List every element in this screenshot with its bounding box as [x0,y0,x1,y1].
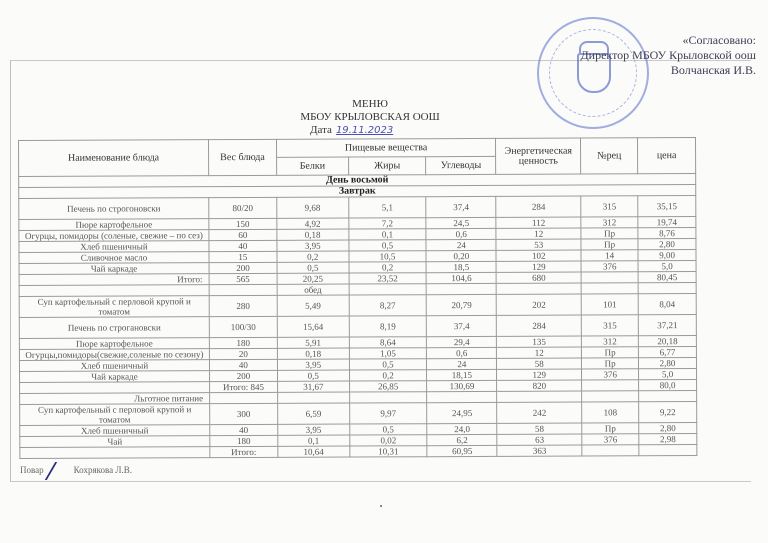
cell-carbs: 24,95 [427,402,497,423]
empty-cell [210,392,278,403]
cell-weight: 150 [209,218,277,229]
cell-recipe: 108 [582,402,639,423]
total-label: Итого: [19,274,209,286]
cell-carbs: 37,4 [426,196,496,217]
col-header-protein: Белки [276,157,348,175]
total-carbs: 60,95 [427,445,497,456]
col-header-nutrients: Пищевые вещества [276,138,496,157]
cell-carbs: 0,6 [426,228,496,239]
cell-weight: 180 [210,435,278,446]
dish-name: Суп картофельный с перловой крупой и том… [19,296,209,318]
col-header-price: цена [638,138,696,174]
total-energy: 363 [497,445,582,456]
cell-weight: 280 [209,295,277,316]
cell-price: 6,77 [639,347,697,358]
cell-recipe: 376 [582,434,639,445]
cell-energy: 284 [497,315,582,336]
cell-protein: 6,59 [278,403,350,424]
cell-protein: 3,95 [277,240,349,251]
total-protein: 20,25 [277,273,349,284]
total-energy: 680 [496,272,581,283]
col-header-carbs: Углеводы [426,156,496,174]
cell-recipe: Пр [581,228,638,239]
dish-name: Печень по строгоновски [19,198,209,220]
cell-protein: 0,18 [277,229,349,240]
cell-recipe: 14 [581,250,638,261]
cell-recipe: 315 [582,315,639,336]
total-recipe [582,445,639,456]
dish-name: Пюре картофельное [19,338,209,350]
dish-name: Хлеб пшеничный [19,241,209,253]
dish-name: Печень по строгановски [19,317,209,339]
dish-name: Огурцы, помидоры (соленые, свежие – по с… [19,230,209,242]
cell-fat: 0,5 [349,424,427,435]
dish-name: Хлеб пшеничный [19,360,209,372]
cell-price: 2,80 [639,358,697,369]
date-line: Дата19.11.2023 [270,124,470,137]
scan-artifact [380,505,382,507]
dish-name: Чай каркаде [20,371,210,383]
cell-weight: 80/20 [209,197,277,218]
total-fat: 10,31 [349,446,427,457]
cell-protein: 0,5 [277,370,349,381]
empty-cell [20,447,210,459]
cell-fat: 0,1 [349,229,427,240]
cell-price: 9,22 [639,402,697,423]
cell-recipe: Пр [582,423,639,434]
cell-recipe: Пр [582,347,639,358]
cell-price: 8,04 [638,294,696,315]
cell-fat: 7,2 [349,218,427,229]
total-price: 80,45 [638,272,696,283]
cell-fat: 0,2 [349,370,427,381]
cell-price: 35,15 [638,196,696,217]
cell-price: 37,21 [638,315,696,336]
empty-cell [349,392,427,403]
empty-cell [19,285,209,297]
menu-title: МЕНЮ [270,98,470,111]
total-price [639,445,697,456]
cell-protein: 0,1 [278,435,350,446]
cell-protein: 4,92 [277,218,349,229]
empty-cell [427,391,497,402]
cell-energy: 284 [496,196,581,217]
cell-recipe: 312 [582,336,639,347]
dish-name: Пюре картофельное [19,219,209,231]
cell-energy: 63 [497,434,582,445]
cell-price: 8,76 [638,228,696,239]
cook-name: Кохрякова Л.В. [74,465,132,475]
cell-energy: 242 [497,402,582,423]
cell-fat: 10,5 [349,251,427,262]
table-row: Печень по строгановски100/3015,648,1937,… [19,315,696,339]
cell-protein: 0,2 [277,251,349,262]
dish-name: Сливочное масло [19,252,209,264]
cell-fat: 0,5 [349,240,427,251]
school-name: МБОУ КРЫЛОВСКАЯ ООШ [270,111,470,124]
total-carbs: 104,6 [427,272,497,283]
discount-label: Льготное питание [20,393,210,405]
cell-energy: 58 [497,423,582,434]
col-header-recipe: №рец [581,138,638,174]
cell-carbs: 29,4 [427,336,497,347]
cell-carbs: 24 [427,358,497,369]
cell-carbs: 24 [426,239,496,250]
cell-protein: 0,18 [277,348,349,359]
total-weight: 565 [209,273,277,284]
table-row: Суп картофельный с перловой крупой и том… [19,294,696,318]
empty-cell [638,283,696,294]
cell-weight: 300 [210,403,278,424]
cell-protein: 9,68 [277,197,349,218]
approval-title: «Согласовано: [580,33,756,48]
dish-name: Суп картофельный с перловой крупой и том… [20,404,210,426]
date-label: Дата [310,124,332,136]
cell-weight: 200 [209,370,277,381]
col-header-weight: Вес блюда [208,139,276,175]
cell-energy: 102 [496,250,581,261]
cell-energy: 129 [496,261,581,272]
cell-weight: 100/30 [209,316,277,337]
cook-label: Повар [20,465,44,475]
cell-weight: 40 [209,359,277,370]
cell-fat: 8,19 [349,316,427,337]
cell-weight: 40 [209,240,277,251]
menu-table: Наименование блюда Вес блюда Пищевые вещ… [18,137,697,459]
total-protein: 10,64 [278,446,350,457]
cell-fat: 8,27 [349,295,427,316]
empty-cell [209,284,277,295]
cell-weight: 15 [209,251,277,262]
cell-fat: 0,5 [349,359,427,370]
cell-weight: 60 [209,229,277,240]
approval-position: Директор МБОУ Крыловской оош [580,48,756,63]
total-recipe [582,380,639,391]
cell-fat: 5,1 [348,197,426,218]
cell-carbs: 24,0 [427,423,497,434]
cell-carbs: 0,6 [427,347,497,358]
total-label: Итого: 845 [210,381,278,392]
cell-protein: 0,5 [277,262,349,273]
cell-energy: 53 [496,239,581,250]
cell-energy: 129 [497,369,582,380]
cell-recipe: Пр [582,358,639,369]
cell-carbs: 20,79 [427,294,497,315]
col-header-name: Наименование блюда [19,140,209,177]
signature-icon [44,462,72,480]
total-recipe [581,272,638,283]
total-row: Итого:10,6410,3160,95363 [20,445,697,459]
cell-energy: 12 [497,347,582,358]
total-label: Итого: [210,446,278,457]
cell-recipe: Пр [581,239,638,250]
total-energy: 820 [497,380,582,391]
cell-price: 20,18 [638,336,696,347]
total-protein: 31,67 [277,381,349,392]
cell-weight: 180 [209,337,277,348]
empty-cell [639,391,697,402]
cell-energy: 202 [496,294,581,315]
total-fat: 26,85 [349,381,427,392]
cell-carbs: 24,5 [426,217,496,228]
empty-cell [349,284,427,295]
col-header-fat: Жиры [348,157,426,175]
cell-carbs: 37,4 [427,315,497,336]
cell-price: 5,0 [638,261,696,272]
cook-signature-line: ПоварКохрякова Л.В. [20,462,132,480]
cell-protein: 5,91 [277,337,349,348]
cell-recipe: 315 [581,196,638,217]
empty-cell [581,283,638,294]
empty-cell [277,392,349,403]
cell-weight: 20 [209,348,277,359]
cell-fat: 8,64 [349,337,427,348]
cell-price: 5,0 [639,369,697,380]
cell-recipe: 312 [581,217,638,228]
empty-cell [20,382,210,394]
cell-carbs: 0,20 [426,250,496,261]
empty-cell [497,391,582,402]
cell-recipe: 101 [581,294,638,315]
cell-energy: 112 [496,217,581,228]
cell-price: 2,80 [638,239,696,250]
total-price: 80,0 [639,380,697,391]
cell-protein: 3,95 [278,424,350,435]
dish-name: Огурцы,помидоры(свежие,соленые по сезону… [19,349,209,361]
cell-price: 2,80 [639,423,697,434]
total-fat: 23,52 [349,273,427,284]
approval-signer: Волчанская И.В. [580,63,756,78]
cell-energy: 12 [496,228,581,239]
dish-name: Чай [20,436,210,448]
cell-price: 19,74 [638,217,696,228]
cell-recipe: 376 [581,261,638,272]
cell-fat: 0,2 [349,262,427,273]
cell-protein: 3,95 [277,359,349,370]
dish-name: Чай каркаде [19,263,209,275]
total-carbs: 130,69 [427,380,497,391]
cell-weight: 40 [210,424,278,435]
cell-price: 2,98 [639,434,697,445]
document-header: МЕНЮ МБОУ КРЫЛОВСКАЯ ООШ Дата19.11.2023 [270,98,470,137]
cell-weight: 200 [209,262,277,273]
empty-cell [582,391,639,402]
empty-cell [496,283,581,294]
cell-energy: 58 [497,358,582,369]
cell-energy: 135 [497,336,582,347]
cell-carbs: 18,5 [426,261,496,272]
date-value: 19.11.2023 [336,125,393,136]
empty-cell [427,283,497,294]
cell-fat: 9,97 [349,403,427,424]
cell-recipe: 376 [582,369,639,380]
cell-price: 9,00 [638,250,696,261]
col-header-energy: Энергетическая ценность [496,138,581,174]
cell-fat: 1,05 [349,348,427,359]
cell-protein: 5,49 [277,295,349,316]
approval-block: «Согласовано: Директор МБОУ Крыловской о… [580,33,756,78]
cell-carbs: 6,2 [427,434,497,445]
cell-carbs: 18,15 [427,369,497,380]
table-row: Печень по строгоновски80/209,685,137,428… [19,196,696,220]
lunch-label: обед [277,284,349,295]
dish-name: Хлеб пшеничный [20,425,210,437]
cell-protein: 15,64 [277,316,349,337]
table-row: Суп картофельный с перловой крупой и том… [20,402,697,426]
cell-fat: 0,02 [349,435,427,446]
